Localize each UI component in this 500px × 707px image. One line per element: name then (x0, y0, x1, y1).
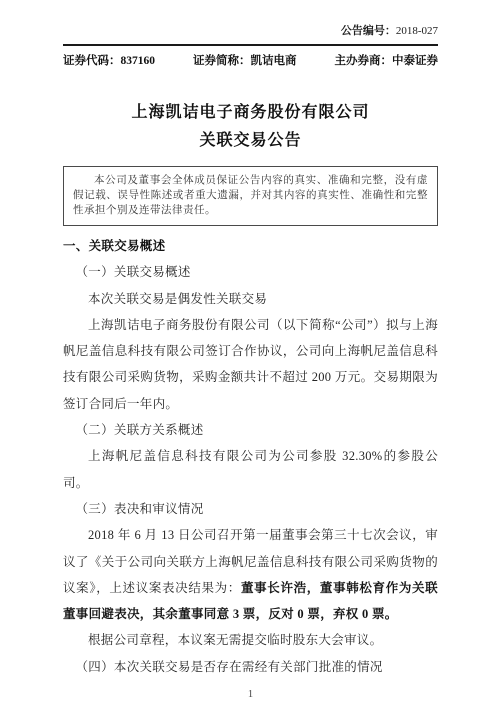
securities-short-name: 证券简称：凯诘电商 (193, 52, 297, 68)
disclaimer-box: 本公司及董事会全体成员保证公告内容的真实、准确和完整，没有虚假记载、误导性陈述或… (63, 166, 438, 226)
transaction-overview-paragraph: 上海凯诘电子商务股份有限公司（以下简称“公司”）拟与上海帆尼盖信息科技有限公司签… (63, 312, 438, 417)
announcement-number-label: 公告编号： (341, 25, 396, 37)
announcement-document-page: 公告编号：2018-027 证券代码：837160 证券简称：凯诘电商 主办券商… (0, 0, 500, 707)
header-rule (63, 44, 438, 46)
section-1-heading: 一、关联交易概述 (63, 233, 438, 259)
announcement-number-line: 公告编号：2018-027 (63, 24, 438, 39)
securities-info-row: 证券代码：837160 证券简称：凯诘电商 主办券商：中泰证券 (63, 52, 438, 68)
company-name-title: 上海凯诘电子商务股份有限公司 (63, 99, 438, 127)
related-party-relation-paragraph: 上海帆尼盖信息科技有限公司为公司参股 32.30%的参股公司。 (63, 443, 438, 496)
subsection-3-heading: （三）表决和审议情况 (63, 496, 438, 522)
securities-code: 证券代码：837160 (63, 52, 155, 68)
voting-paragraph: 2018 年 6 月 13 日公司召开第一届董事会第三十七次会议，审议了《关于公… (63, 522, 438, 627)
subsection-4-heading: （四）本次关联交易是否存在需经有关部门批准的情况 (63, 654, 438, 680)
page-number: 1 (63, 689, 438, 700)
transaction-nature-paragraph: 本次关联交易是偶发性关联交易 (63, 286, 438, 312)
subsection-1-heading: （一）关联交易概述 (63, 259, 438, 285)
shareholder-meeting-paragraph: 根据公司章程，本议案无需提交临时股东大会审议。 (63, 627, 438, 653)
announcement-subject-title: 关联交易公告 (63, 127, 438, 155)
announcement-number-value: 2018-027 (396, 25, 438, 37)
document-title: 上海凯诘电子商务股份有限公司 关联交易公告 (63, 99, 438, 155)
subsection-2-heading: （二）关联方关系概述 (63, 417, 438, 443)
page-content: 公告编号：2018-027 证券代码：837160 证券简称：凯诘电商 主办券商… (0, 0, 500, 700)
body-text: 一、关联交易概述 （一）关联交易概述 本次关联交易是偶发性关联交易 上海凯诘电子… (63, 233, 438, 680)
disclaimer-text: 本公司及董事会全体成员保证公告内容的真实、准确和完整，没有虚假记载、误导性陈述或… (73, 175, 428, 216)
sponsor-broker: 主办券商：中泰证券 (335, 52, 439, 68)
